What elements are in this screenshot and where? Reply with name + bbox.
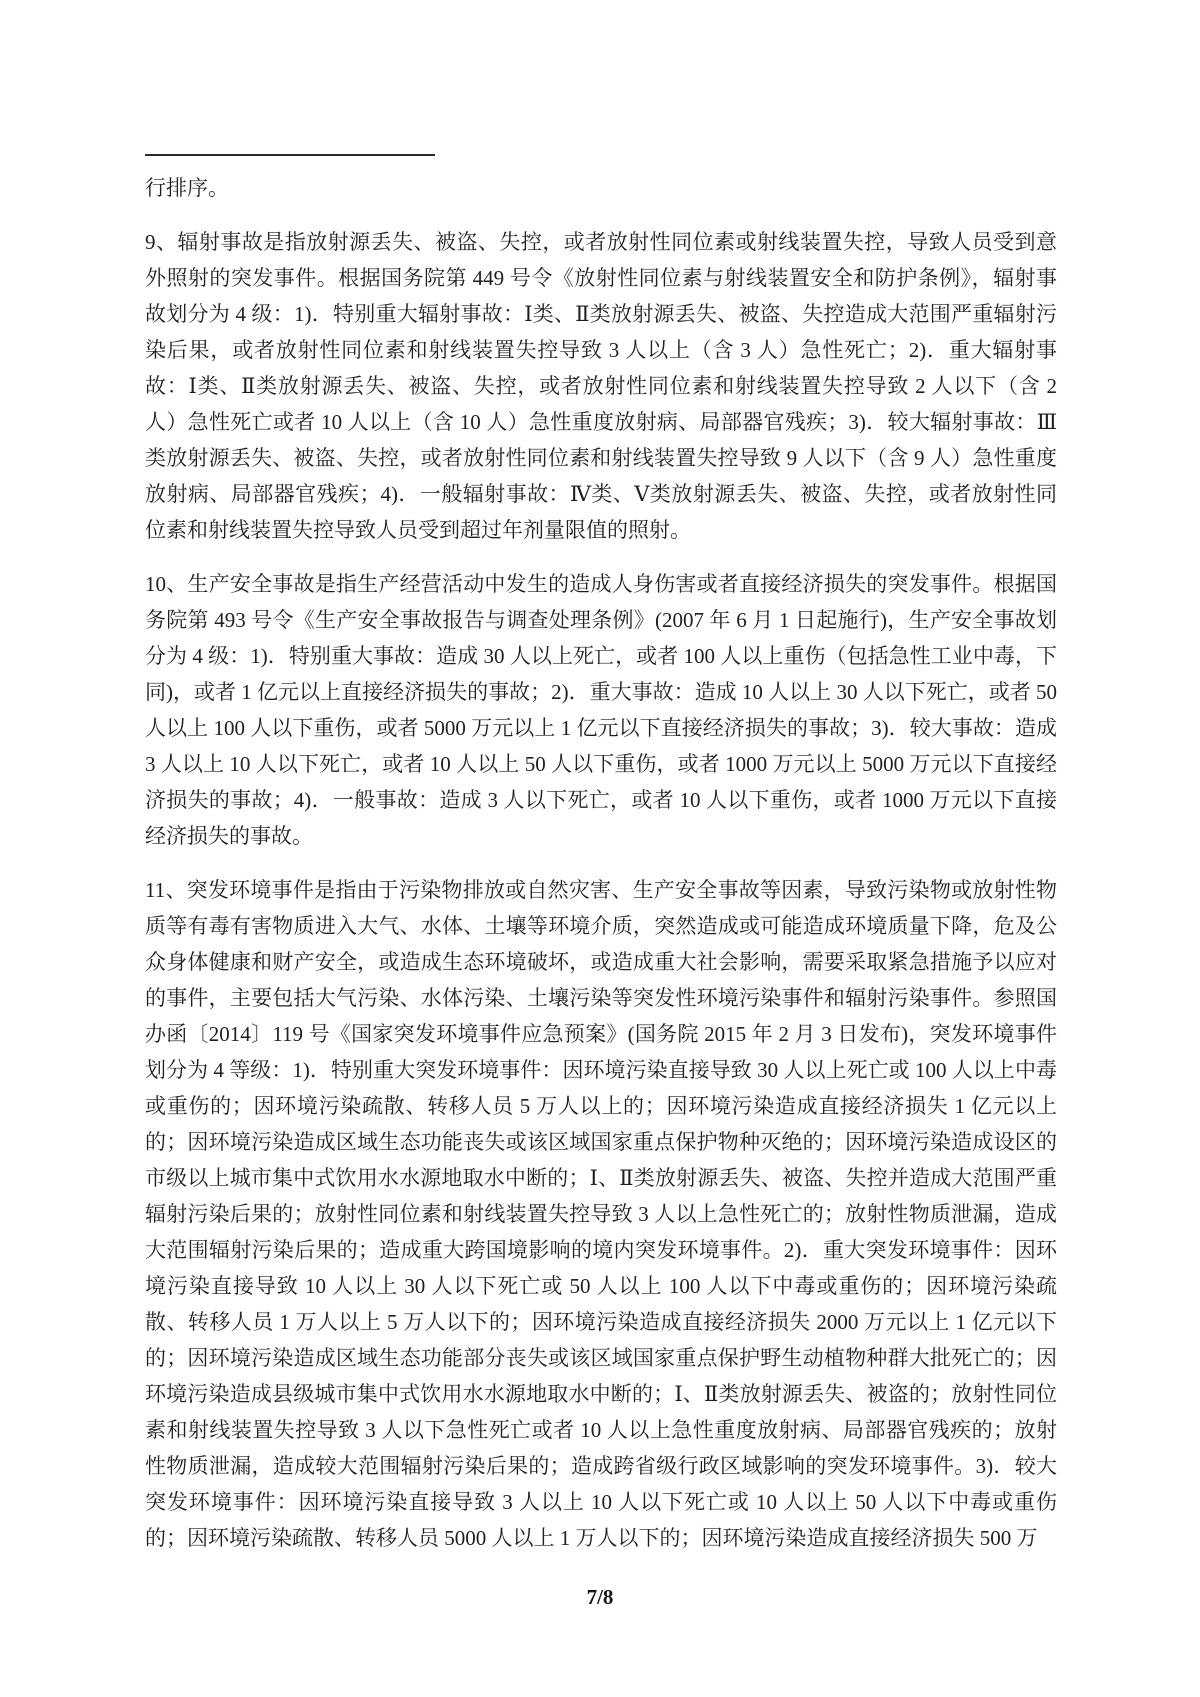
continuation-text: 行排序。	[145, 170, 1057, 206]
document-page: 行排序。 9、辐射事故是指放射源丢失、被盗、失控，或者放射性同位素或射线装置失控…	[0, 0, 1200, 1697]
paragraph-11-environmental-emergency: 11、突发环境事件是指由于污染物排放或自然灾害、生产安全事故等因素，导致污染物或…	[145, 872, 1057, 1556]
paragraph-9-radiation-accident: 9、辐射事故是指放射源丢失、被盗、失控，或者放射性同位素或射线装置失控，导致人员…	[145, 224, 1057, 548]
page-number: 7/8	[0, 1579, 1200, 1615]
paragraph-10-production-safety-accident: 10、生产安全事故是指生产经营活动中发生的造成人身伤害或者直接经济损失的突发事件…	[145, 566, 1057, 854]
page-body: 行排序。 9、辐射事故是指放射源丢失、被盗、失控，或者放射性同位素或射线装置失控…	[145, 154, 1057, 1556]
footnote-separator-line	[145, 154, 435, 156]
